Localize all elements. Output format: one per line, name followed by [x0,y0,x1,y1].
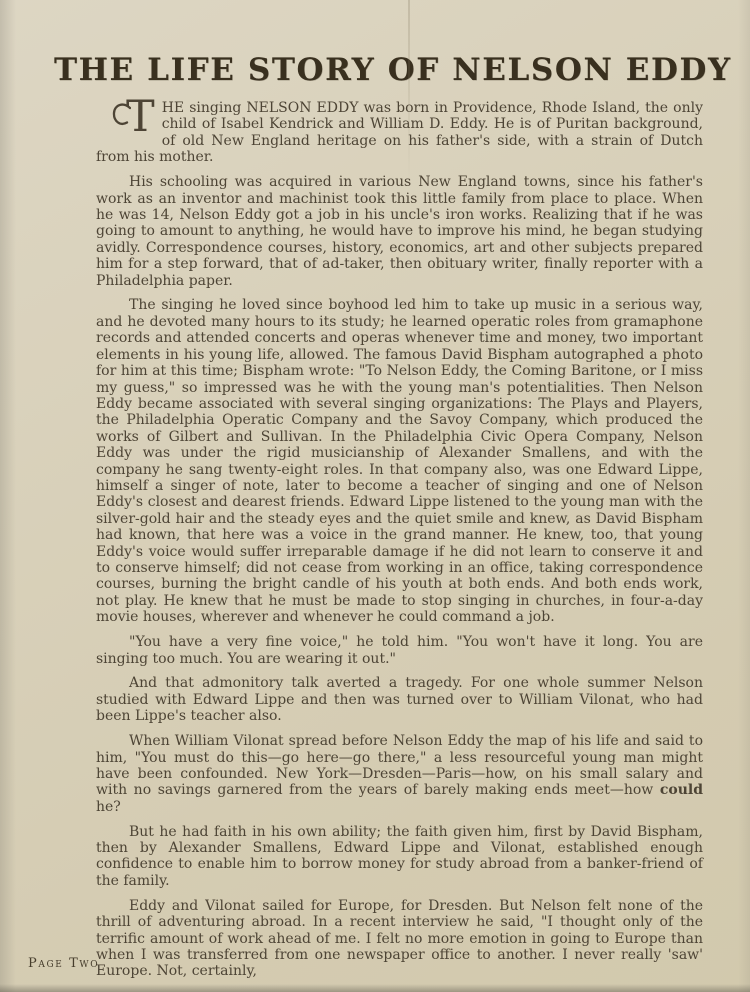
drop-cap-letter: T [126,102,155,133]
paragraph: Eddy and Vilonat sailed for Europe, for … [96,898,703,980]
text-run: But he had faith in his own ability; the… [96,824,703,889]
paragraph: THE singing NELSON EDDY was born in Prov… [96,100,703,166]
text-run: When William Vilonat spread before Nelso… [96,733,703,798]
text-run: His schooling was acquired in various Ne… [96,174,703,288]
scanned-book-page: THE LIFE STORY OF NELSON EDDY THE singin… [0,0,750,992]
paragraph: His schooling was acquired in various Ne… [96,174,703,289]
page-title: THE LIFE STORY OF NELSON EDDY [54,52,732,88]
text-run: HE singing NELSON EDDY was born in Provi… [96,100,703,165]
text-run: Eddy and Vilonat sailed for Europe, for … [96,898,703,980]
paragraph: The singing he loved since boyhood led h… [96,297,703,625]
article-body: THE singing NELSON EDDY was born in Prov… [96,100,703,988]
drop-cap: T [112,102,155,133]
text-run: he? [96,799,121,815]
text-run: "You have a very fine voice," he told hi… [96,634,703,666]
scan-edge-shadow-right [738,0,750,992]
paragraph: But he had faith in his own ability; the… [96,824,703,890]
text-run: And that admonitory talk averted a trage… [96,675,703,724]
scan-edge-shadow-left [0,0,16,992]
page-number: Page Two [28,956,99,971]
paragraph: "You have a very fine voice," he told hi… [96,634,703,667]
bold-text-run: could [660,782,703,798]
text-run: The singing he loved since boyhood led h… [96,297,703,625]
paragraph: When William Vilonat spread before Nelso… [96,733,703,815]
paragraph: And that admonitory talk averted a trage… [96,675,703,724]
